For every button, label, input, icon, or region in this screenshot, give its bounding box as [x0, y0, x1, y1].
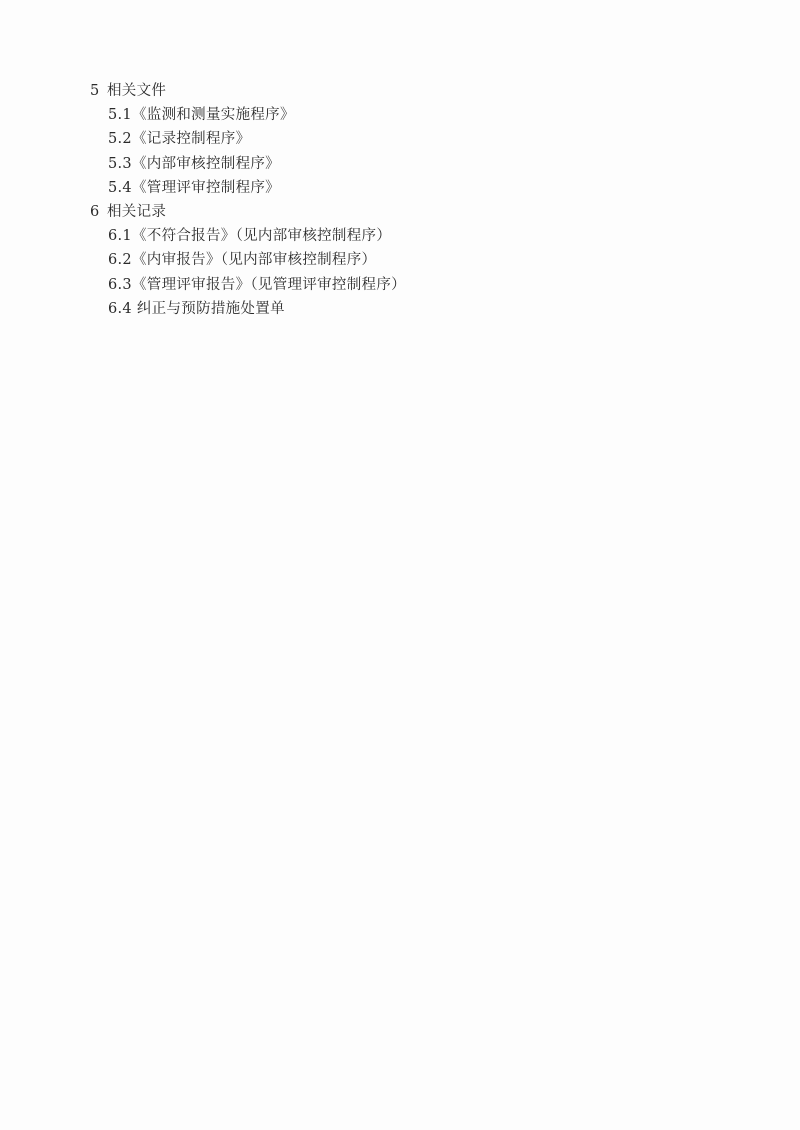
- document-content: 5相关文件 5.1《监测和测量实施程序》 5.2《记录控制程序》 5.3《内部审…: [90, 79, 406, 321]
- section-number: 5: [90, 79, 107, 103]
- item-text: 《监测和测量实施程序》: [132, 107, 295, 123]
- item-text: 《记录控制程序》: [132, 131, 250, 147]
- document-page: 5相关文件 5.1《监测和测量实施程序》 5.2《记录控制程序》 5.3《内部审…: [0, 0, 800, 1130]
- item-number: 5.4: [108, 180, 132, 196]
- item-number: 6.1: [108, 228, 132, 244]
- item-number: 6.3: [108, 277, 132, 293]
- section-number: 6: [90, 200, 107, 224]
- item-number: 5.3: [108, 156, 132, 172]
- section-heading: 6相关记录: [90, 200, 406, 224]
- item-text: 《内部审核控制程序》: [132, 156, 280, 172]
- item-number: 6.4: [108, 301, 132, 317]
- list-item: 5.2《记录控制程序》: [90, 127, 406, 151]
- list-item: 6.1《不符合报告》（见内部审核控制程序）: [90, 224, 406, 248]
- item-text: 《管理评审控制程序》: [132, 180, 280, 196]
- item-text: 《管理评审报告》（见管理评审控制程序）: [132, 277, 406, 293]
- list-item: 5.4《管理评审控制程序》: [90, 176, 406, 200]
- list-item: 6.2《内审报告》（见内部审核控制程序）: [90, 248, 406, 272]
- section-related-records: 6相关记录 6.1《不符合报告》（见内部审核控制程序） 6.2《内审报告》（见内…: [90, 200, 406, 321]
- item-number: 6.2: [108, 252, 132, 268]
- section-title: 相关文件: [107, 83, 166, 99]
- item-number: 5.2: [108, 131, 132, 147]
- list-item: 6.3《管理评审报告》（见管理评审控制程序）: [90, 273, 406, 297]
- item-number: 5.1: [108, 107, 132, 123]
- list-item: 5.3《内部审核控制程序》: [90, 152, 406, 176]
- section-title: 相关记录: [107, 204, 166, 220]
- section-related-documents: 5相关文件 5.1《监测和测量实施程序》 5.2《记录控制程序》 5.3《内部审…: [90, 79, 406, 200]
- section-heading: 5相关文件: [90, 79, 406, 103]
- item-text: 纠正与预防措施处置单: [132, 301, 285, 317]
- item-text: 《不符合报告》（见内部审核控制程序）: [132, 228, 391, 244]
- list-item: 6.4 纠正与预防措施处置单: [90, 297, 406, 321]
- list-item: 5.1《监测和测量实施程序》: [90, 103, 406, 127]
- item-text: 《内审报告》（见内部审核控制程序）: [132, 252, 376, 268]
